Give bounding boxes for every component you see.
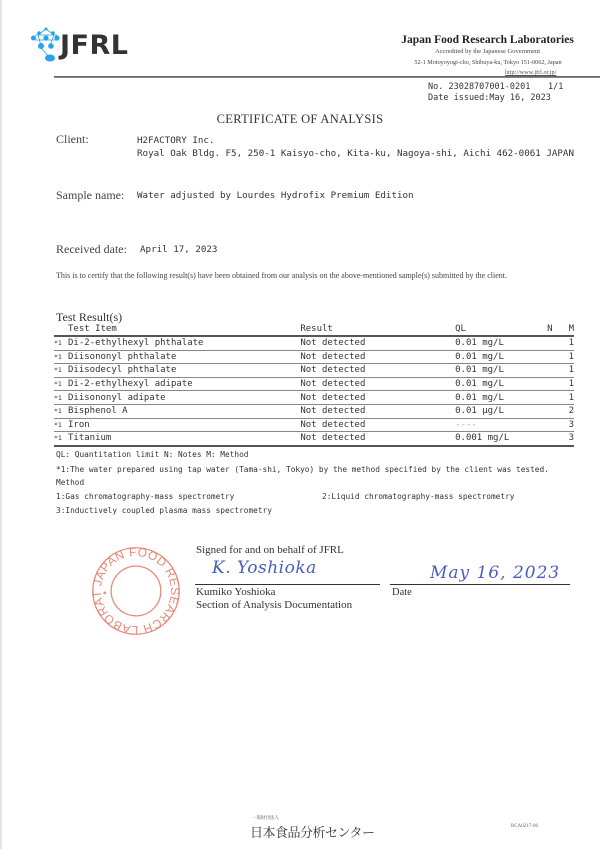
header-result: Result (300, 323, 455, 336)
result-cell: Not detected (300, 350, 455, 364)
received-date-label: Received date: (56, 242, 127, 257)
form-code: RCA0217-06 (511, 824, 538, 829)
test-item-name: Diisodecyl phthalate (68, 365, 176, 375)
received-date-value: April 17, 2023 (140, 244, 217, 255)
ql-cell: ---- (455, 418, 541, 432)
ql-cell: 0.01 mg/L (455, 350, 541, 364)
test-item-name: Titanium (68, 433, 111, 443)
page-edge (0, 0, 2, 849)
footnote-mark: *1 (54, 366, 68, 374)
date-label: Date (392, 587, 412, 598)
signer-name: Kumiko Yoshioka (196, 586, 275, 598)
header-test-item: Test Item (54, 323, 300, 336)
client-address: Royal Oak Bldg. F5, 250-1 Kaisyo-cho, Ki… (137, 148, 574, 159)
jfrl-seal-stamp-icon: JAPAN FOOD RESEARCH LABORATORIES (90, 545, 182, 637)
table-row: *1Di-2-ethylhexyl phthalateNot detected0… (54, 336, 574, 350)
method-cell: 1 (559, 336, 574, 350)
results-table: Test Item Result QL N M *1Di-2-ethylhexy… (54, 323, 574, 447)
client-label: Client: (56, 132, 89, 147)
method-cell: 2 (559, 404, 574, 418)
footnote-mark: *1 (54, 339, 68, 347)
test-item-cell: *1Titanium (54, 432, 300, 446)
test-item-cell: *1Iron (54, 418, 300, 432)
method-cell: 3 (559, 418, 574, 432)
table-row: *1IronNot detected----3 (54, 418, 574, 432)
result-cell: Not detected (300, 404, 455, 418)
org-name: Japan Food Research Laboratories (400, 34, 575, 46)
notes-cell (541, 418, 558, 432)
footnote-mark: *1 (54, 394, 68, 402)
header-notes: N (541, 323, 558, 336)
test-item-cell: *1Diisodecyl phthalate (54, 364, 300, 378)
table-row: *1Diisononyl phthalateNot detected0.01 m… (54, 350, 574, 364)
legend-note: QL: Quantitation limit N: Notes M: Metho… (56, 450, 248, 459)
ql-cell: 0.01 μg/L (455, 404, 541, 418)
test-item-cell: *1Bisphenol A (54, 404, 300, 418)
footnote-mark: *1 (54, 407, 68, 415)
jfrl-logo-icon (30, 26, 64, 66)
certificate-title: CERTIFICATE OF ANALYSIS (0, 112, 600, 127)
table-row: *1Diisononyl adipateNot detected0.01 mg/… (54, 391, 574, 405)
date-line (390, 584, 570, 585)
test-item-name: Bisphenol A (68, 406, 128, 416)
notes-cell (541, 391, 558, 405)
method-cell: 1 (559, 391, 574, 405)
test-item-cell: *1Diisononyl adipate (54, 391, 300, 405)
sample-name-label: Sample name: (56, 188, 124, 203)
table-row: *1Bisphenol ANot detected0.01 μg/L2 (54, 404, 574, 418)
table-row: *1Di-2-ethylhexyl adipateNot detected0.0… (54, 377, 574, 391)
method-title: Method (56, 478, 84, 487)
method-2: 2:Liquid chromatography-mass spectrometr… (322, 492, 514, 501)
table-row: *1Diisodecyl phthalateNot detected0.01 m… (54, 364, 574, 378)
test-item-name: Di-2-ethylhexyl adipate (68, 379, 193, 389)
ql-cell: 0.01 mg/L (455, 364, 541, 378)
notes-cell (541, 432, 558, 446)
result-cell: Not detected (300, 418, 455, 432)
sample-name-value: Water adjusted by Lourdes Hydrofix Premi… (137, 190, 414, 201)
test-item-name: Iron (68, 420, 90, 430)
result-cell: Not detected (300, 364, 455, 378)
signed-for-label: Signed for and on behalf of JFRL (196, 544, 344, 556)
notes-cell (541, 336, 558, 350)
document-number: No. 23028707001-0201 (428, 82, 530, 92)
footer-org-name-jp: 日本食品分析センター (250, 822, 374, 841)
footer-org-type: 一般財団法人 (252, 815, 279, 821)
client-name: H2FACTORY Inc. (137, 135, 214, 146)
method-1: 1:Gas chromatography-mass spectrometry (56, 492, 234, 501)
org-address: 52-1 Motoyoyogi-cho, Shibuya-ku, Tokyo 1… (398, 59, 578, 66)
footnote-mark: *1 (54, 421, 68, 429)
test-item-name: Diisononyl phthalate (68, 352, 176, 362)
ql-cell: 0.01 mg/L (455, 336, 541, 350)
header-method: M (559, 323, 574, 336)
header-ql: QL (455, 323, 541, 336)
result-cell: Not detected (300, 377, 455, 391)
org-url-link[interactable]: http://www.jfrl.or.jp/ (505, 69, 556, 76)
notes-cell (541, 364, 558, 378)
ql-cell: 0.01 mg/L (455, 377, 541, 391)
footnote-mark: *1 (54, 434, 68, 442)
method-cell: 3 (559, 432, 574, 446)
date-issued: Date issued:May 16, 2023 (428, 93, 551, 103)
footnote-1: *1:The water prepared using tap water (T… (56, 465, 549, 474)
ql-cell: 0.01 mg/L (455, 391, 541, 405)
handwritten-date: May 16, 2023 (430, 563, 560, 583)
certification-statement: This is to certify that the following re… (56, 269, 556, 282)
method-cell: 1 (559, 350, 574, 364)
test-item-cell: *1Di-2-ethylhexyl phthalate (54, 336, 300, 350)
method-cell: 1 (559, 377, 574, 391)
method-cell: 1 (559, 364, 574, 378)
test-item-name: Diisononyl adipate (68, 393, 166, 403)
notes-cell (541, 404, 558, 418)
table-row: *1TitaniumNot detected0.001 mg/L3 (54, 432, 574, 446)
org-accreditation: Accredited by the Japanese Government (400, 48, 575, 55)
jfrl-logo-text: JFRL (60, 30, 129, 61)
table-header-row: Test Item Result QL N M (54, 323, 574, 336)
result-cell: Not detected (300, 336, 455, 350)
signature-line (195, 584, 380, 585)
handwritten-signature: K. Yoshioka (212, 558, 317, 578)
page-indicator: 1/1 (548, 82, 563, 92)
test-item-cell: *1Diisononyl phthalate (54, 350, 300, 364)
footnote-mark: *1 (54, 380, 68, 388)
notes-cell (541, 350, 558, 364)
result-cell: Not detected (300, 391, 455, 405)
ql-cell: 0.001 mg/L (455, 432, 541, 446)
method-3: 3:Inductively coupled plasma mass spectr… (56, 506, 272, 515)
signer-department: Section of Analysis Documentation (196, 599, 352, 611)
notes-cell (541, 377, 558, 391)
result-cell: Not detected (300, 432, 455, 446)
footnote-mark: *1 (54, 353, 68, 361)
test-item-cell: *1Di-2-ethylhexyl adipate (54, 377, 300, 391)
test-item-name: Di-2-ethylhexyl phthalate (68, 338, 203, 348)
svg-text:JAPAN FOOD RESEARCH LABORATORI: JAPAN FOOD RESEARCH LABORATORIES (90, 545, 182, 637)
header-divider (54, 76, 600, 78)
